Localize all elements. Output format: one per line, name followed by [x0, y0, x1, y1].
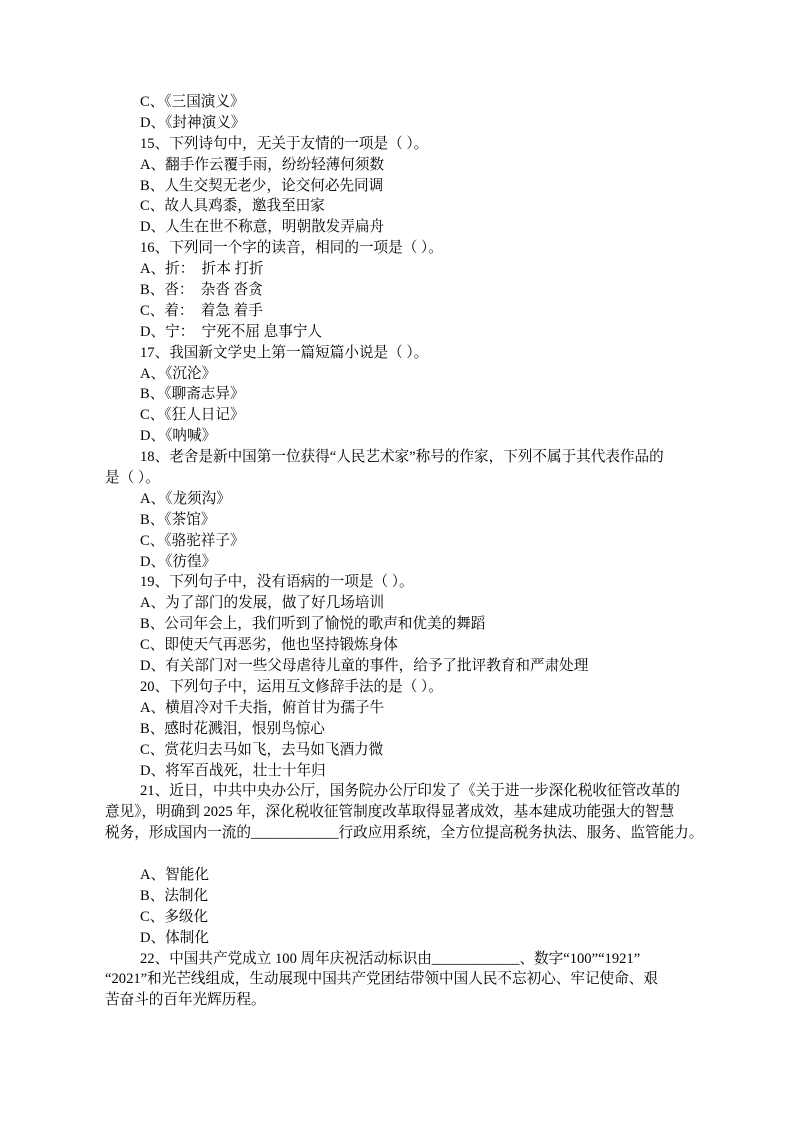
blank-line [105, 844, 716, 865]
question-line: 21、近日，中共中央办公厅，国务院办公厅印发了《关于进一步深化税收征管改革的 [105, 781, 716, 802]
option-line: C、故人具鸡黍，邀我至田家 [105, 196, 716, 217]
option-line: B、公司年会上，我们听到了愉悦的歌声和优美的舞蹈 [105, 614, 716, 635]
option-line: D、《封神演义》 [105, 113, 716, 134]
option-line: A、《沉沦》 [105, 364, 716, 385]
option-line: B、《聊斋志异》 [105, 384, 716, 405]
option-line: C、着： 着急 着手 [105, 301, 716, 322]
continuation-line: 意见》，明确到 2025 年，深化税收征管制度改革取得显著成效，基本建成功能强大… [105, 802, 716, 823]
option-line: B、法制化 [105, 886, 716, 907]
question-line: 17、我国新文学史上第一篇短篇小说是（ ）。 [105, 343, 716, 364]
option-line: B、沓： 杂沓 沓贪 [105, 280, 716, 301]
option-line: D、有关部门对一些父母虐待儿童的事件，给予了批评教育和严肃处理 [105, 656, 716, 677]
option-line: C、赏花归去马如飞，去马如飞酒力微 [105, 740, 716, 761]
question-line: 16、下列同一个字的读音，相同的一项是（ ）。 [105, 238, 716, 259]
option-line: C、《狂人日记》 [105, 405, 716, 426]
option-line: D、人生在世不称意，明朝散发弄扁舟 [105, 217, 716, 238]
question-line: 22、中国共产党成立 100 周年庆祝活动标识由____________、数字“… [105, 949, 716, 970]
exam-text-block: C、《三国演义》D、《封神演义》15、下列诗句中，无关于友情的一项是（ ）。A、… [0, 0, 794, 1011]
option-line: A、智能化 [105, 865, 716, 886]
option-line: C、《骆驼祥子》 [105, 531, 716, 552]
continuation-line: 是（ ）。 [105, 468, 716, 489]
option-line: D、《呐喊》 [105, 426, 716, 447]
option-line: D、宁： 宁死不屈 息事宁人 [105, 322, 716, 343]
option-line: A、折： 折本 打折 [105, 259, 716, 280]
exam-page: C、《三国演义》D、《封神演义》15、下列诗句中，无关于友情的一项是（ ）。A、… [0, 0, 794, 1123]
question-line: 18、老舍是新中国第一位获得“人民艺术家”称号的作家，下列不属于其代表作品的 [105, 447, 716, 468]
question-line: 20、下列句子中，运用互文修辞手法的是（ ）。 [105, 677, 716, 698]
option-line: A、横眉冷对千夫指，俯首甘为孺子牛 [105, 698, 716, 719]
option-line: C、即使天气再恶劣，他也坚持锻炼身体 [105, 635, 716, 656]
option-line: C、多级化 [105, 907, 716, 928]
option-line: B、《茶馆》 [105, 510, 716, 531]
continuation-line: 税务，形成国内一流的____________行政应用系统，全方位提高税务执法、服… [105, 823, 716, 844]
option-line: D、体制化 [105, 928, 716, 949]
question-line: 19、下列句子中，没有语病的一项是（ ）。 [105, 572, 716, 593]
option-line: A、为了部门的发展，做了好几场培训 [105, 593, 716, 614]
option-line: B、感时花溅泪，恨别鸟惊心 [105, 719, 716, 740]
continuation-line: “2021”和光芒线组成，生动展现中国共产党团结带领中国人民不忘初心、牢记使命、… [105, 969, 716, 990]
option-line: A、《龙须沟》 [105, 489, 716, 510]
option-line: D、《彷徨》 [105, 552, 716, 573]
option-line: A、翻手作云覆手雨，纷纷轻薄何须数 [105, 155, 716, 176]
option-line: C、《三国演义》 [105, 92, 716, 113]
question-line: 15、下列诗句中，无关于友情的一项是（ ）。 [105, 134, 716, 155]
continuation-line: 苦奋斗的百年光辉历程。 [105, 990, 716, 1011]
option-line: D、将军百战死，壮士十年归 [105, 761, 716, 782]
option-line: B、人生交契无老少，论交何必先同调 [105, 176, 716, 197]
